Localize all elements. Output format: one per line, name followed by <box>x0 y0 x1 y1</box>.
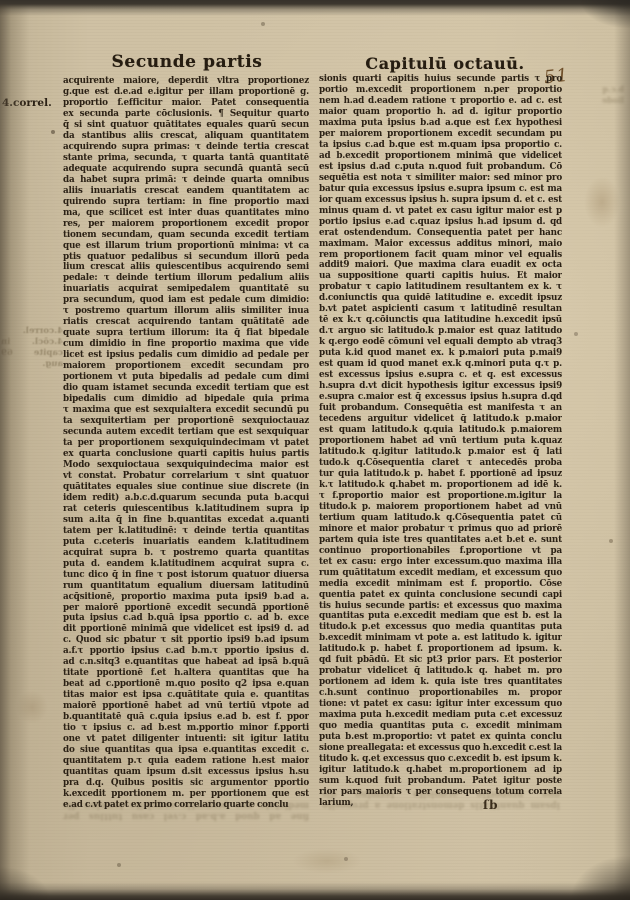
text-line: b.quantitatē quā c.quia ipsius e.ad b. e… <box>63 712 309 723</box>
text-line: c. Quod sic pbatur τ sit pportio ipsi9 b… <box>63 635 309 646</box>
text-line: ua suppositione quarti capitis huius. Et… <box>319 271 562 282</box>
text-line: per maiorem proportionem excedit secunda… <box>319 129 562 140</box>
ink-bleedthrough-margin: 4.correl.4.cōcl. incapite 69aug. <box>1 326 63 370</box>
text-line: pra d.q. Quibus positis sic argumentor p… <box>63 778 309 789</box>
text-line: bipedalis cum dimidio ad bipedale quia p… <box>63 394 309 405</box>
text-line: ex secunda parte cōclusionis. ¶ Sequitur… <box>63 109 309 120</box>
text-line: do siue quantitas qua ipsa e.quantitas e… <box>63 745 309 756</box>
text-line: ex quarta conclusione quarti capitis hui… <box>63 449 309 460</box>
paper-stain <box>16 690 48 724</box>
page-edge-shadow-right <box>614 0 630 900</box>
text-line: ta ipsius c.ad b.que est m.quam ipsa pro… <box>319 140 562 151</box>
text-line: puta d. eandem k.latitudinem acquirat su… <box>63 559 309 570</box>
text-line: d.τ arguo sic latitudo.k p.maior est qua… <box>319 326 562 337</box>
text-line: tionem secundam, quam secunda excedit te… <box>63 230 309 241</box>
text-line: tudo.k q.Cōsequentia claret τ antecedēs … <box>319 458 562 469</box>
text-line: portio m.excedit proportionem n.per prop… <box>319 85 562 96</box>
text-line: tur quia latitudo.k p. habet f. pportion… <box>319 469 562 480</box>
text-line: titas maior est ipsa c.quātitate quia e.… <box>63 690 309 701</box>
text-line: ta per proportionem sexquiquindecimam vt… <box>63 438 309 449</box>
text-line: maior quam proportio h. ad d. igitur pro… <box>319 107 562 118</box>
text-line: sionis quarti capitis huius secunde part… <box>319 74 562 85</box>
text-line: puta b.est m.proportio: vt patet ex quin… <box>319 732 562 743</box>
text-line: ta sexquitertiam per proportionē sexquio… <box>63 416 309 427</box>
text-line: cum dimidio in fine proportio maxima que… <box>63 339 309 350</box>
text-line: acquirente maiore, deperdit vltra propor… <box>63 76 309 87</box>
text-line: acquirat supra b. τ postremo quarta quan… <box>63 548 309 559</box>
text-line: lium crescat aliis quiescentibus acquire… <box>63 262 309 273</box>
paper-stain <box>292 848 362 874</box>
text-line: tē ex k.τ q.cōiunctis qua latitudine h.e… <box>319 315 562 326</box>
running-title-left: Secunde partis <box>92 52 282 72</box>
quire-signature: ſb <box>483 798 499 812</box>
text-line: b.excedit minimam vt pote a. est latitud… <box>319 633 562 644</box>
text-line: liode <box>570 95 624 106</box>
text-line: puta c.ceteris inuariatis eandem k.latit… <box>63 537 309 548</box>
text-line: pra secundum, quod iam est pedale cum di… <box>63 295 309 306</box>
text-line: addit9 maiori. Que maxima clara euadit e… <box>319 260 562 271</box>
text-line: tertium quam latitudo.k q.Cōsequentia pa… <box>319 513 562 524</box>
text-line: stante prima, secunda, τ quarta tantā qu… <box>63 153 309 164</box>
paper-specks <box>0 0 2 2</box>
text-line: quentia patet ex quinta conclusione secu… <box>319 590 562 601</box>
text-line: portio ipsius e.ad c.quaz ipsius h.ad ip… <box>319 217 562 228</box>
text-line: 4.correl. <box>1 326 63 337</box>
text-line: one vt patet diligenter intuenti: sit ig… <box>63 734 309 745</box>
text-line: igitur latitudo.k q.habet m.proportionem… <box>319 765 562 776</box>
text-line: portionem vt puta bipedalis ad pedale cu… <box>63 372 309 383</box>
text-line: titudo.k p.et excessus quo media quantit… <box>319 622 562 633</box>
page-corner-shadow-top-right <box>578 0 630 30</box>
text-line: puta k.id quod manet ex. k p.maiori puta… <box>319 348 562 359</box>
text-line: k q.ergo eodē cōmuni vel equali dempto a… <box>319 337 562 348</box>
page-corner-shadow-bottom-right <box>566 852 630 900</box>
text-line: maiorē pportionē habet ad vnū tertiū vtp… <box>63 701 309 712</box>
text-line: sequētia est nota τ similiter maior: sed… <box>319 173 562 184</box>
text-line: tis huius secunde partis: et excessus qu… <box>319 601 562 612</box>
text-line: tunc dico q̄ in fine τ post istorum quat… <box>63 570 309 581</box>
text-line: riatis crescat acquirendo tantam quātita… <box>63 317 309 328</box>
page-edge-shadow-top <box>0 0 630 16</box>
text-line: secunda autem excedit tertiam que est se… <box>63 427 309 438</box>
text-line: 4.cōcl. in <box>1 337 63 348</box>
text-column-right: sionis quarti capitis huius secunde part… <box>319 74 562 809</box>
text-line: tio τ ipsius c. ad b.est m.pportio minor… <box>63 723 309 734</box>
text-line: titudo k. q.et excessus quo c.excedit b.… <box>319 754 562 765</box>
text-line: probatur videlicet q̄ latitudo.k q. habe… <box>319 666 562 677</box>
text-line: acq̄sitionē, proportio maxima puta ipsi9… <box>63 592 309 603</box>
text-line: minus quam d. vt patet ex casu igitur ma… <box>319 206 562 217</box>
text-line: quātitates equales siue continue siue di… <box>63 482 309 493</box>
text-line: proportionem habet ad vnū tertium puta k… <box>319 436 562 447</box>
text-line: rior pars maioris τ per consequens totum… <box>319 787 562 798</box>
text-line: per maiorē pportionē excedit secundā ppo… <box>63 603 309 614</box>
text-line: τ f.proportio maior est proportione.m.ig… <box>319 491 562 502</box>
text-line: maxima puta h.excedit mediam puta c.et e… <box>319 710 562 721</box>
text-line: licet est ipsius pedalis cum dimidio ad … <box>63 350 309 361</box>
text-line: maiorem proportionem excedit secundam pr… <box>63 361 309 372</box>
page-corner-shadow-bottom-left <box>0 864 54 900</box>
text-line: batur quia excessus ipsius e.supra ipsum… <box>319 184 562 195</box>
text-line: maxima puta ipsius b.ad a.que est f.ex h… <box>319 118 562 129</box>
running-title-right: Capitulū octauū. <box>360 54 530 73</box>
text-line: portionem ad idem k. quia iste tres quan… <box>319 677 562 688</box>
text-line: c.h.sunt continuo proportionabiles m. pr… <box>319 688 562 699</box>
text-line: sum k.quod fuit probandum. Patet igitur … <box>319 776 562 787</box>
text-line: sum a.ita q̄ in fine b.quantitas excedat… <box>63 515 309 526</box>
text-line: partem quia iste tres quantitates a.et b… <box>319 535 562 546</box>
text-line: acquirendo supra primas: τ deinde tertia… <box>63 142 309 153</box>
text-line: a.f.τ pportio ipsius c.ad b.m.τ pportio … <box>63 646 309 657</box>
text-line: b.c.q <box>570 84 624 95</box>
text-line: tecedens arguitur videlicet q̄ latitudo.… <box>319 414 562 425</box>
text-line: da habet supra primā: τ deinde quarta om… <box>63 175 309 186</box>
text-line: sione preallegata: et excessus quo h.exc… <box>319 743 562 754</box>
text-line: pedale: τ deinde tertium illorum pedaliu… <box>63 273 309 284</box>
text-line: g.que est d.e.ad e.igitur per illam prop… <box>63 87 309 98</box>
text-line: idem redit) a.b.c.d.quarum secunda puta … <box>63 493 309 504</box>
text-line: k.excedit pportionem m. per pportionem q… <box>63 789 309 800</box>
text-line: rum quātitatum excedit mediam, et excess… <box>319 568 562 579</box>
text-line: quantitatem p.τ quia eadem ratione h.est… <box>63 756 309 767</box>
text-line: dio quam istamet secunda excedit tertiam… <box>63 383 309 394</box>
text-line: h.supra d.vt dicit hypothesis igitur exc… <box>319 381 562 392</box>
text-line: aliis inuariatis crescat eandem quantita… <box>63 186 309 197</box>
text-line: quantitas puta e.excedit mediam que est … <box>319 611 562 622</box>
margin-note-correlarium: 4.correl. <box>2 97 62 109</box>
text-line: qd fuit pbādū. Et sic pt3 prior pars. Et… <box>319 655 562 666</box>
ink-bleedthrough-top-right: b.c.qliode <box>570 84 624 106</box>
text-line: rum quantitatum equalium diuersam latitu… <box>63 581 309 592</box>
text-line: e.supra c.maior est q̄ excessus ipsius h… <box>319 392 562 403</box>
text-line: erat ostendendum. Consequentia patet per… <box>319 228 562 239</box>
page-edge-shadow-left <box>0 0 30 900</box>
text-line: tet ex casu: ergo inter excessum.quo max… <box>319 557 562 568</box>
text-line: titate pportionē f.et h.altera quantitas… <box>63 668 309 679</box>
text-line: adequate acquirendo supra secundā quantā… <box>63 164 309 175</box>
text-line: b.vt patet aspicienti casum τ latitudinē… <box>319 304 562 315</box>
text-line: e.ad c.vt patet ex primo correlario quar… <box>63 800 309 811</box>
text-line: τ maxima que est sexquialtera excedit se… <box>63 405 309 416</box>
text-line: inuariatis acquirat semipedalem quantita… <box>63 284 309 295</box>
text-line: Modo sexquioctaua sexquiquindecima maior… <box>63 460 309 471</box>
text-line: quirendo supra tertiam: in fine proporti… <box>63 197 309 208</box>
text-line: dit pportionē minimā que videlicet est i… <box>63 624 309 635</box>
text-line: est quam latitudo.k q.quia latitudo.k p.… <box>319 425 562 436</box>
text-line: ior quam excessus ipsius h. supra ipsum … <box>319 195 562 206</box>
text-line: k.τ latitudo.k q.habet m. proportionem a… <box>319 480 562 491</box>
text-line: fine ad quod a.b.ad c.vel casu tuttius p… <box>63 810 309 821</box>
text-line: quate supra tertium illorum: ita q̄ fiat… <box>63 328 309 339</box>
text-line: proportio f.efficitur maior. Patet conse… <box>63 98 309 109</box>
text-line: capite 69 <box>1 348 63 359</box>
text-line: continuo proportionabiles f.proportione … <box>319 546 562 557</box>
text-line: q̄ si sint quatuor quātitates equales qu… <box>63 120 309 131</box>
text-line: probatur τ capio latitudinem resultantem… <box>319 282 562 293</box>
text-column-left: acquirente maiore, deperdit vltra propor… <box>63 76 309 811</box>
text-line: minore et maior probatur τ primus quo ad… <box>319 524 562 535</box>
text-line: rem proportionem facit quam minor vel eq… <box>319 250 562 261</box>
text-line: rat ceteris quiescentibus k.latitudinem … <box>63 504 309 515</box>
text-line: quo media quantitas puta c. excedit mini… <box>319 721 562 732</box>
page-edge-shadow-bottom <box>0 882 630 900</box>
text-line: ma, que scilicet est inter duas quantita… <box>63 208 309 219</box>
text-line: da stantibus aliis crescat, aliquam quan… <box>63 131 309 142</box>
text-line: puta ipsius c.ad b.quā ipsa pportio c. a… <box>63 613 309 624</box>
text-line: que est illarum trium proportionū minima… <box>63 241 309 252</box>
text-line: est ipsius d.ad c.puta n.quod fuit proba… <box>319 162 562 173</box>
text-line: maximam. Maior excessus additus minori, … <box>319 239 562 250</box>
text-line: ptis quatuor pedalibus si secundum illor… <box>63 252 309 263</box>
text-line: τ postremo quartum illorum aliis similit… <box>63 306 309 317</box>
text-line: fuit probandum. Consequētia est manifest… <box>319 403 562 414</box>
text-line: aug. <box>1 359 63 370</box>
text-line: tatem per k.latitudinē: τ deinde tertia … <box>63 526 309 537</box>
scanned-book-page: 4.correl.4.cōcl. incapite 69aug. b.c.qli… <box>0 0 630 900</box>
text-line: nem h.ad d.eadem ratione τ proportio e. … <box>319 96 562 107</box>
text-line: media excedit minimam est f. proportio. … <box>319 579 562 590</box>
text-line: vt constat. Probatur correlarium τ sint … <box>63 471 309 482</box>
text-line: ad b.excedit proportionem minimā que vid… <box>319 151 562 162</box>
text-line: d.coniunctis qua quidē latitudine e. exc… <box>319 293 562 304</box>
text-line: est excessus ipsius e.supra c. et q. est… <box>319 370 562 381</box>
text-line: beat ad c.pportionē m.quo posito q2 ipsa… <box>63 679 309 690</box>
text-line: tione: vt patet ex casu: igitur inter ex… <box>319 699 562 710</box>
text-line: latitudo.k p. habet f. proportionem ad i… <box>319 644 562 655</box>
text-line: larium, <box>319 798 562 809</box>
text-line: quantitas quam ipsum d.sit excessus ipsi… <box>63 767 309 778</box>
text-line: latitudo.k q.igitur latitudo.k p.maior e… <box>319 447 562 458</box>
text-line: res, per maiorem proportionem excedit pr… <box>63 219 309 230</box>
text-line: titudo.k p. maiorem proportionem habet a… <box>319 502 562 513</box>
text-line: est quam id quod manet ex.k q.minori put… <box>319 359 562 370</box>
text-line: ad c.n.sitq3 e.quantitas que habeat ad i… <box>63 657 309 668</box>
paper-stain <box>584 176 620 228</box>
